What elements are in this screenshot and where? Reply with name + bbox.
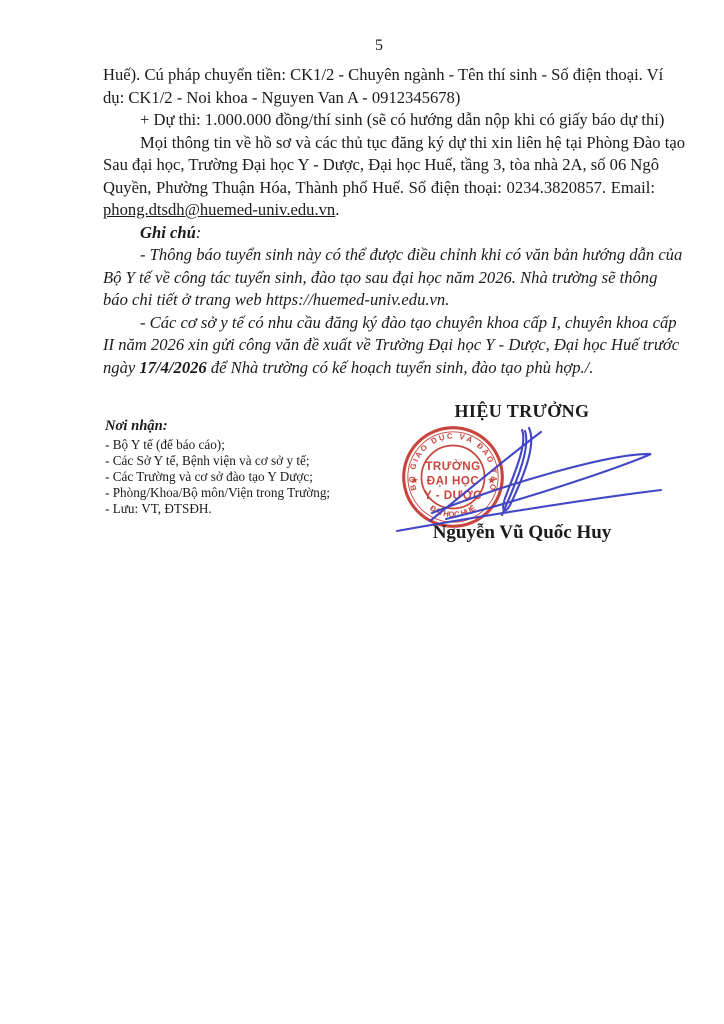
body-line: Mọi thông tin về hồ sơ và các thủ tục đă… xyxy=(103,132,655,155)
signature-stroke xyxy=(432,454,651,519)
body-line: II năm 2026 xin gửi công văn đề xuất về … xyxy=(103,334,655,357)
body-line: Bộ Y tế về công tác tuyển sinh, đào tạo … xyxy=(103,267,655,290)
principal-name: Nguyễn Vũ Quốc Huy xyxy=(382,522,662,544)
document-page: 5 Huế). Cú pháp chuyển tiền: CK1/2 - Chu… xyxy=(0,0,724,1024)
body-line: báo chi tiết ở trang web https://huemed-… xyxy=(103,289,655,312)
page-number: 5 xyxy=(103,37,655,55)
signature-stroke xyxy=(430,432,541,521)
document-body: Huế). Cú pháp chuyển tiền: CK1/2 - Chuyê… xyxy=(103,64,655,379)
body-line: Sau đại học, Trường Đại học Y - Dược, Đạ… xyxy=(103,154,655,177)
body-text-segment: - Các cơ sở y tế có nhu cầu đăng ký đào … xyxy=(140,313,677,332)
body-line: Huế). Cú pháp chuyển tiền: CK1/2 - Chuyê… xyxy=(103,64,655,87)
body-text-segment: Sau đại học, Trường Đại học Y - Dược, Đạ… xyxy=(103,155,659,174)
body-text-segment: II năm 2026 xin gửi công văn đề xuất về … xyxy=(103,335,679,354)
body-text-segment: + Dự thi: 1.000.000 đồng/thí sinh (sẽ có… xyxy=(140,110,664,129)
body-line: - Thông báo tuyển sinh này có thể được đ… xyxy=(103,244,655,267)
body-line: Quyền, Phường Thuận Hóa, Thành phố Huế. … xyxy=(103,177,655,200)
body-text-segment: ngày xyxy=(103,358,139,377)
body-line: + Dự thi: 1.000.000 đồng/thí sinh (sẽ có… xyxy=(103,109,655,132)
recipients-list: - Bộ Y tế (để báo cáo);- Các Sở Y tế, Bệ… xyxy=(105,437,330,517)
signature-title: HIỆU TRƯỞNG xyxy=(392,401,652,422)
body-text-segment: phong.dtsdh@huemed-univ.edu.vn xyxy=(103,200,335,219)
body-text-segment: 17/4/2026 xyxy=(139,358,206,377)
body-text-segment: : xyxy=(196,223,202,242)
body-line: phong.dtsdh@huemed-univ.edu.vn. xyxy=(103,199,655,222)
body-text-segment: báo chi tiết ở trang web https://huemed-… xyxy=(103,290,449,309)
body-text-segment: - Thông báo tuyển sinh này có thể được đ… xyxy=(140,245,682,264)
recipient-item: - Phòng/Khoa/Bộ môn/Viện trong Trường; xyxy=(105,485,330,501)
body-text-segment: dụ: CK1/2 - Noi khoa - Nguyen Van A - 09… xyxy=(103,88,460,107)
body-text-segment: Mọi thông tin về hồ sơ và các thủ tục đă… xyxy=(140,133,685,152)
body-text-segment: Huế). Cú pháp chuyển tiền: CK1/2 - Chuyê… xyxy=(103,65,663,84)
recipient-item: - Bộ Y tế (để báo cáo); xyxy=(105,437,330,453)
body-text-segment: Bộ Y tế về công tác tuyển sinh, đào tạo … xyxy=(103,268,657,287)
body-line: Ghi chú: xyxy=(103,222,655,245)
recipient-item: - Lưu: VT, ĐTSĐH. xyxy=(105,501,330,517)
body-line: - Các cơ sở y tế có nhu cầu đăng ký đào … xyxy=(103,312,655,335)
recipient-item: - Các Sở Y tế, Bệnh viện và cơ sở y tế; xyxy=(105,453,330,469)
recipients-heading: Nơi nhận: xyxy=(105,419,330,435)
body-text-segment: Ghi chú xyxy=(140,223,196,242)
body-text-segment: . xyxy=(335,200,339,219)
body-text-segment: để Nhà trường có kế hoạch tuyển sinh, đà… xyxy=(207,358,594,377)
body-line: dụ: CK1/2 - Noi khoa - Nguyen Van A - 09… xyxy=(103,87,655,110)
body-line: ngày 17/4/2026 để Nhà trường có kế hoạch… xyxy=(103,357,655,380)
recipient-item: - Các Trường và cơ sở đào tạo Y Dược; xyxy=(105,469,330,485)
body-text-segment: Quyền, Phường Thuận Hóa, Thành phố Huế. … xyxy=(103,178,655,197)
recipients-block: Nơi nhận: - Bộ Y tế (để báo cáo);- Các S… xyxy=(105,419,330,516)
